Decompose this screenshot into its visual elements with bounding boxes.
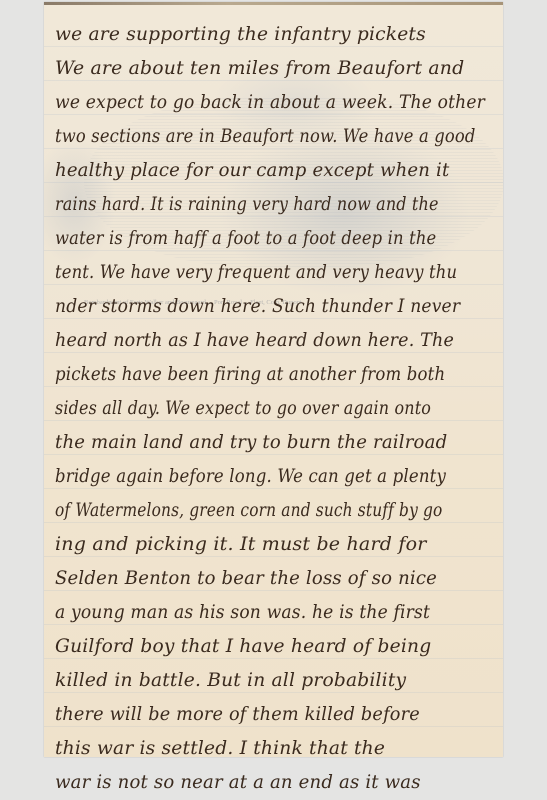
handwritten-line: this war is settled. I think that the: [55, 736, 385, 760]
handwritten-line: Selden Benton to bear the loss of so nic…: [55, 566, 437, 590]
ruled-line: [44, 726, 503, 727]
handwritten-line: ing and picking it. It must be hard for: [55, 532, 427, 556]
handwritten-line: we expect to go back in about a week. Th…: [55, 90, 485, 114]
ruled-line: [44, 522, 503, 523]
ruled-line: [44, 352, 503, 353]
ruled-line: [44, 454, 503, 455]
ruled-line: [44, 420, 503, 421]
handwritten-line: We are about ten miles from Beaufort and: [55, 56, 464, 80]
ruled-line: [44, 488, 503, 489]
handwritten-line: killed in battle. But in all probability: [55, 668, 406, 692]
ruled-line: [44, 692, 503, 693]
paper-top-edge: [44, 2, 503, 5]
handwritten-line: we are supporting the infantry pickets: [55, 22, 426, 46]
handwritten-line: healthy place for our camp except when i…: [55, 158, 449, 182]
handwritten-line: two sections are in Beaufort now. We hav…: [55, 124, 476, 148]
ruled-line: [44, 114, 503, 115]
handwritten-line: rains hard. It is raining very hard now …: [55, 192, 439, 216]
ruled-line: [44, 216, 503, 217]
ruled-line: [44, 46, 503, 47]
ruled-line: [44, 250, 503, 251]
ruled-line: [44, 318, 503, 319]
ruled-line: [44, 386, 503, 387]
handwritten-line: the main land and try to burn the railro…: [55, 430, 447, 454]
handwritten-line: bridge again before long. We can get a p…: [55, 464, 446, 488]
handwritten-line: there will be more of them killed before: [55, 702, 420, 726]
handwritten-line: heard north as I have heard down here. T…: [55, 328, 454, 352]
handwritten-line: Guilford boy that I have heard of being: [55, 634, 431, 658]
ruled-line: [44, 284, 503, 285]
ruled-line: [44, 658, 503, 659]
handwritten-line: nder storms down here. Such thunder I ne…: [55, 294, 460, 318]
handwritten-line: pickets have been firing at another from…: [55, 362, 445, 386]
handwritten-line: war is not so near at a an end as it was: [55, 770, 421, 794]
ruled-line: [44, 556, 503, 557]
handwritten-line: a young man as his son was. he is the fi…: [55, 600, 430, 624]
handwritten-line: tent. We have very frequent and very hea…: [55, 260, 457, 284]
ruled-line: [44, 624, 503, 625]
handwritten-line: of Watermelons, green corn and such stuf…: [55, 498, 442, 522]
handwritten-line: water is from haff a foot to a foot deep…: [55, 226, 436, 250]
ruled-line: [44, 182, 503, 183]
ruled-line: [44, 80, 503, 81]
handwritten-line: sides all day. We expect to go over agai…: [55, 396, 431, 420]
ruled-line: [44, 148, 503, 149]
ruled-line: [44, 590, 503, 591]
